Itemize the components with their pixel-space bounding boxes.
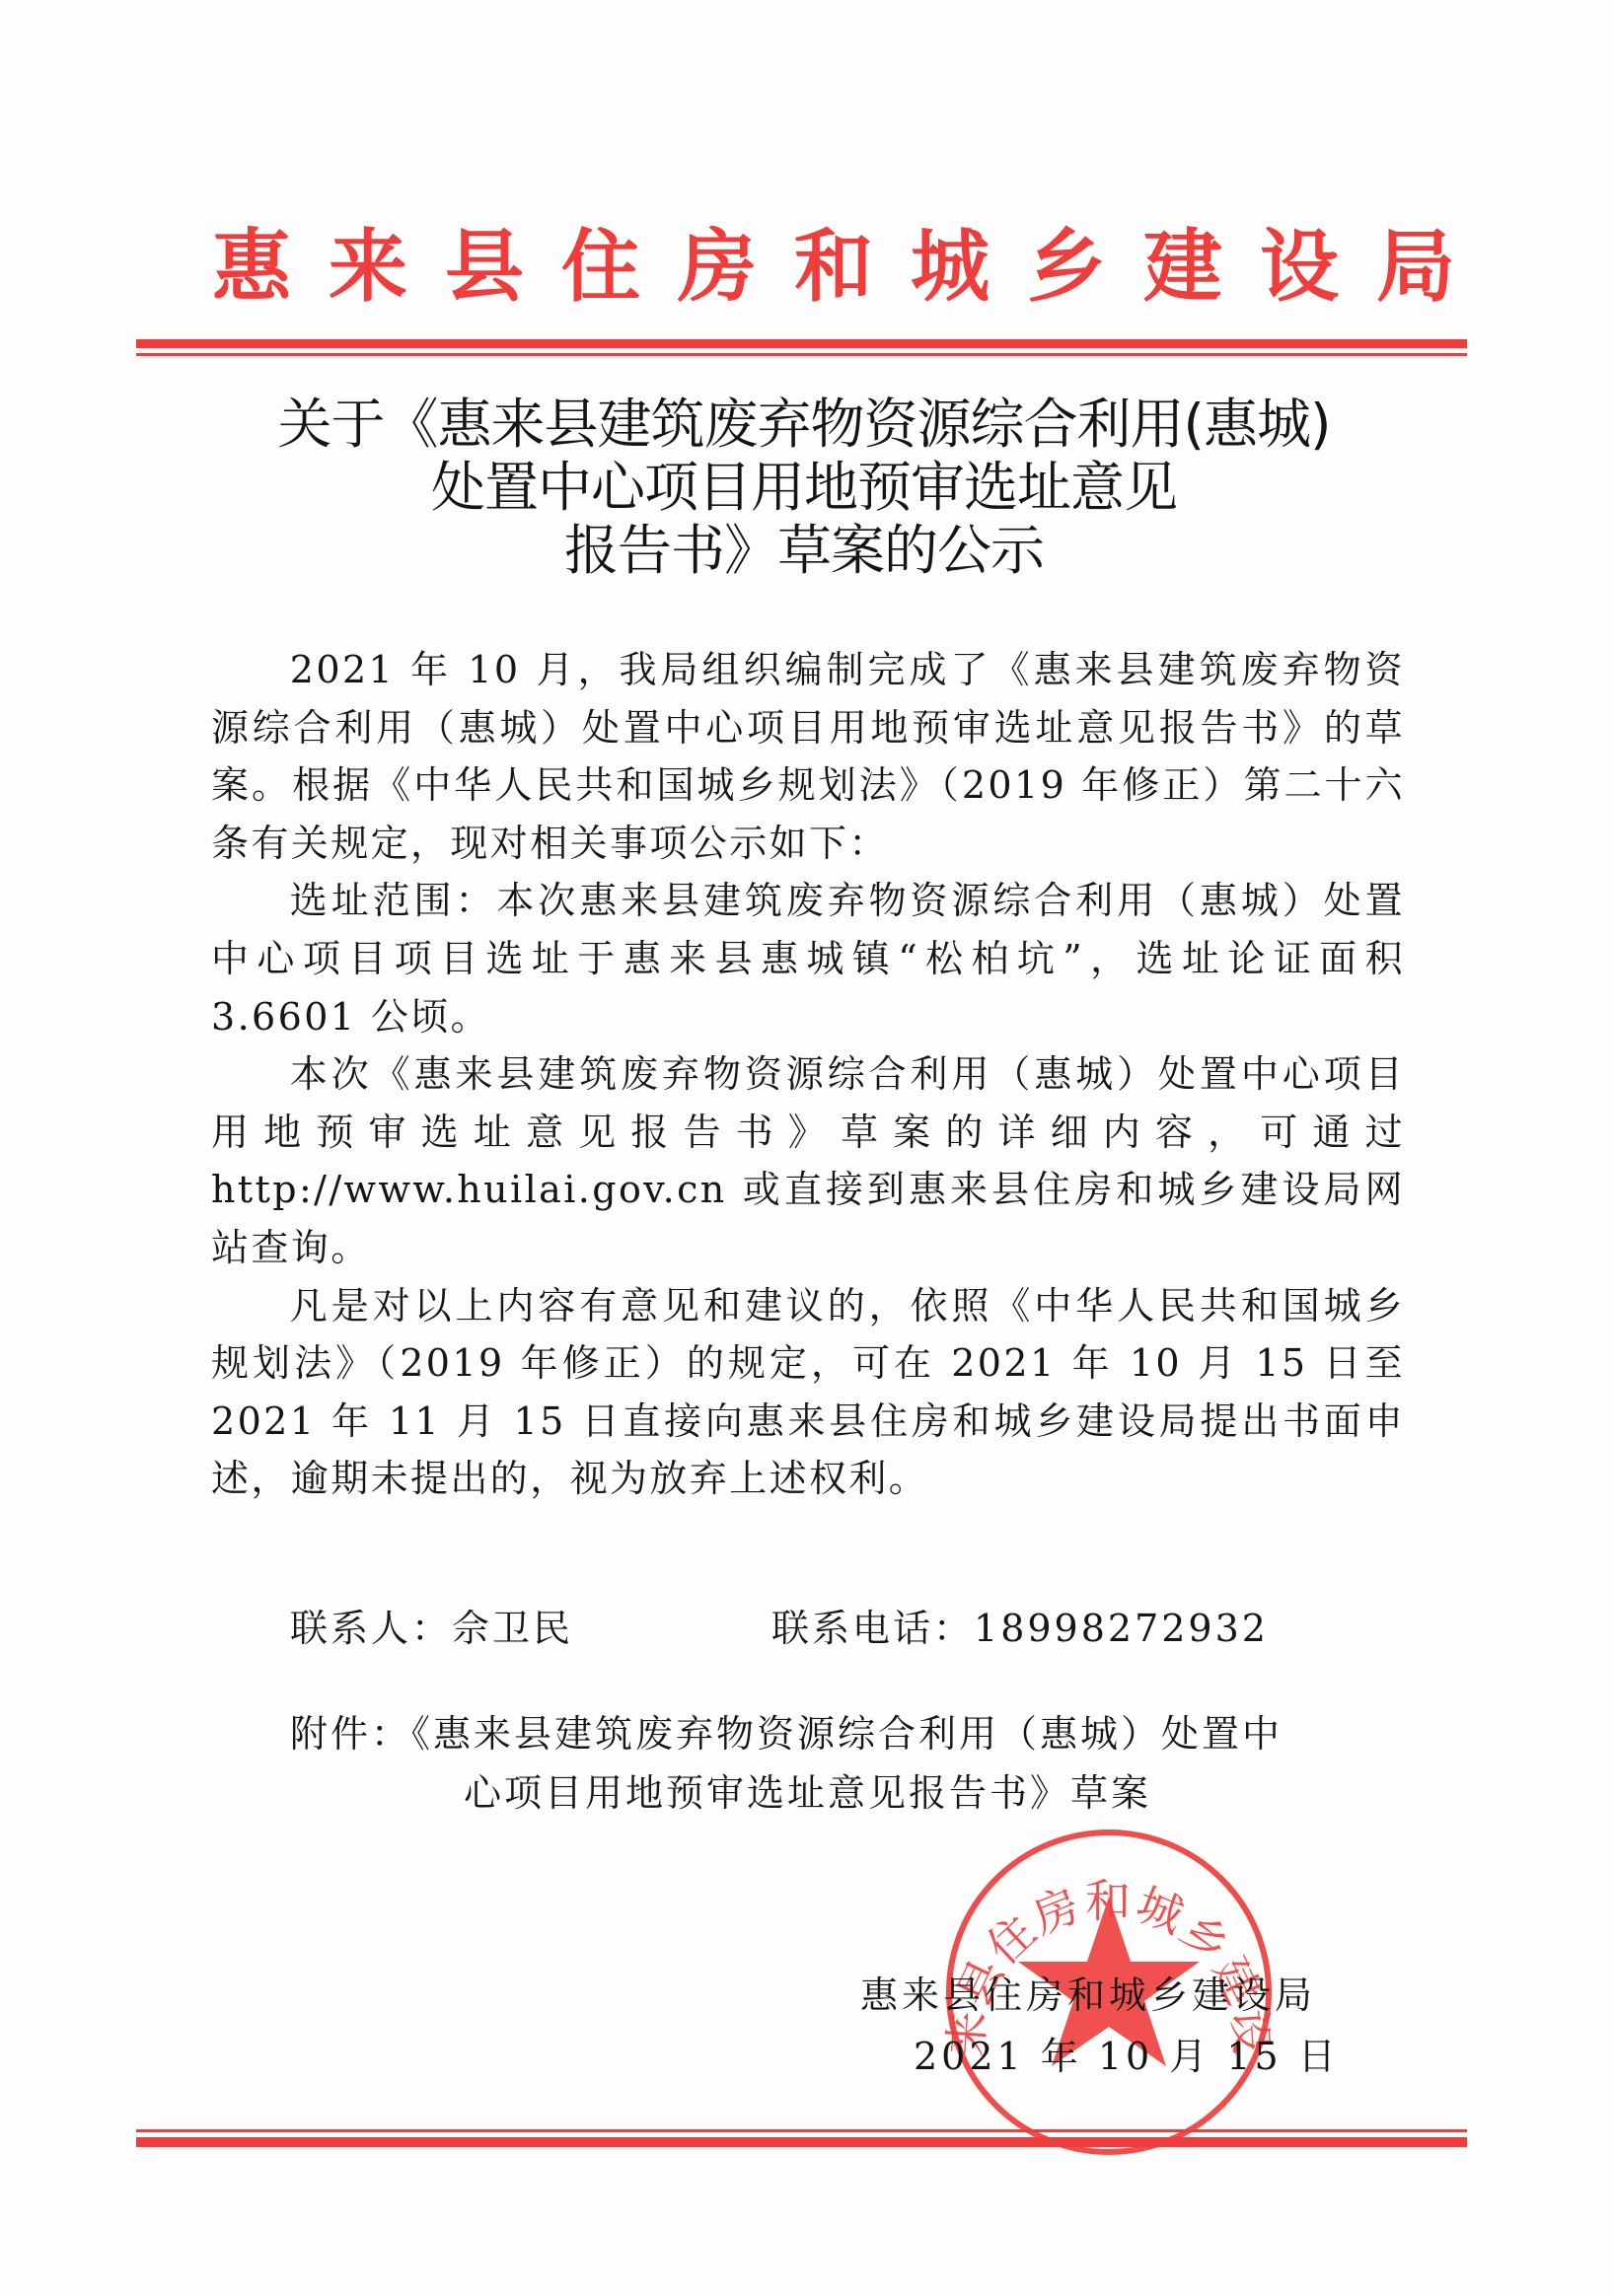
attachment-name-line2: 心项目用地预审选址意见报告书》草案 bbox=[290, 1763, 1415, 1823]
letterhead-title: 惠来县住房和城乡建设局 bbox=[212, 219, 1396, 314]
notice-title: 关于《惠来县建筑废弃物资源综合利用(惠城) 处置中心项目用地预审选址意见 报告书… bbox=[138, 393, 1470, 582]
footer-thin-rule bbox=[136, 2129, 1467, 2132]
contact-person: 联系人：佘卫民 bbox=[290, 1600, 573, 1659]
paragraph-site-scope: 选址范围：本次惠来县建筑废弃物资源综合利用（惠城）处置中心项目项目选址于惠来县惠… bbox=[211, 872, 1405, 1045]
notice-body: 2021 年 10 月，我局组织编制完成了《惠来县建筑废弃物资源综合利用（惠城）… bbox=[211, 641, 1405, 1508]
contact-person-label: 联系人： bbox=[290, 1607, 452, 1650]
letterhead-thin-rule bbox=[136, 353, 1467, 356]
attachment-name-line1: 《惠来县建筑废弃物资源综合利用（惠城）处置中 bbox=[411, 1712, 1283, 1756]
paragraph-intro: 2021 年 10 月，我局组织编制完成了《惠来县建筑废弃物资源综合利用（惠城）… bbox=[211, 641, 1405, 872]
contact-phone: 联系电话：18998272932 bbox=[771, 1600, 1269, 1659]
contact-phone-label: 联系电话： bbox=[771, 1607, 974, 1650]
document-page: 惠来县住房和城乡建设局 关于《惠来县建筑废弃物资源综合利用(惠城) 处置中心项目… bbox=[0, 0, 1613, 2296]
notice-title-line: 报告书》草案的公示 bbox=[138, 519, 1470, 582]
signature-date: 2021 年 10 月 15 日 bbox=[860, 2026, 1373, 2087]
signature-organization: 惠来县住房和城乡建设局 bbox=[860, 1965, 1373, 2026]
letterhead-thick-rule bbox=[136, 339, 1467, 348]
attachment: 附件：《惠来县建筑废弃物资源综合利用（惠城）处置中 心项目用地预审选址意见报告书… bbox=[290, 1704, 1415, 1823]
signature-block: 惠来县住房和城乡建设局 2021 年 10 月 15 日 bbox=[860, 1965, 1373, 2087]
contact-person-name: 佘卫民 bbox=[452, 1607, 573, 1650]
notice-title-line: 关于《惠来县建筑废弃物资源综合利用(惠城) bbox=[138, 393, 1470, 456]
paragraph-objection-period: 凡是对以上内容有意见和建议的，依照《中华人民共和国城乡规划法》（2019 年修正… bbox=[211, 1277, 1405, 1508]
contact-phone-number: 18998272932 bbox=[974, 1607, 1269, 1650]
notice-title-line: 处置中心项目用地预审选址意见 bbox=[138, 456, 1470, 519]
attachment-label: 附件： bbox=[290, 1712, 411, 1756]
paragraph-details-access: 本次《惠来县建筑废弃物资源综合利用（惠城）处置中心项目用地预审选址意见报告书》草… bbox=[211, 1045, 1405, 1276]
footer-thick-rule bbox=[136, 2137, 1467, 2147]
